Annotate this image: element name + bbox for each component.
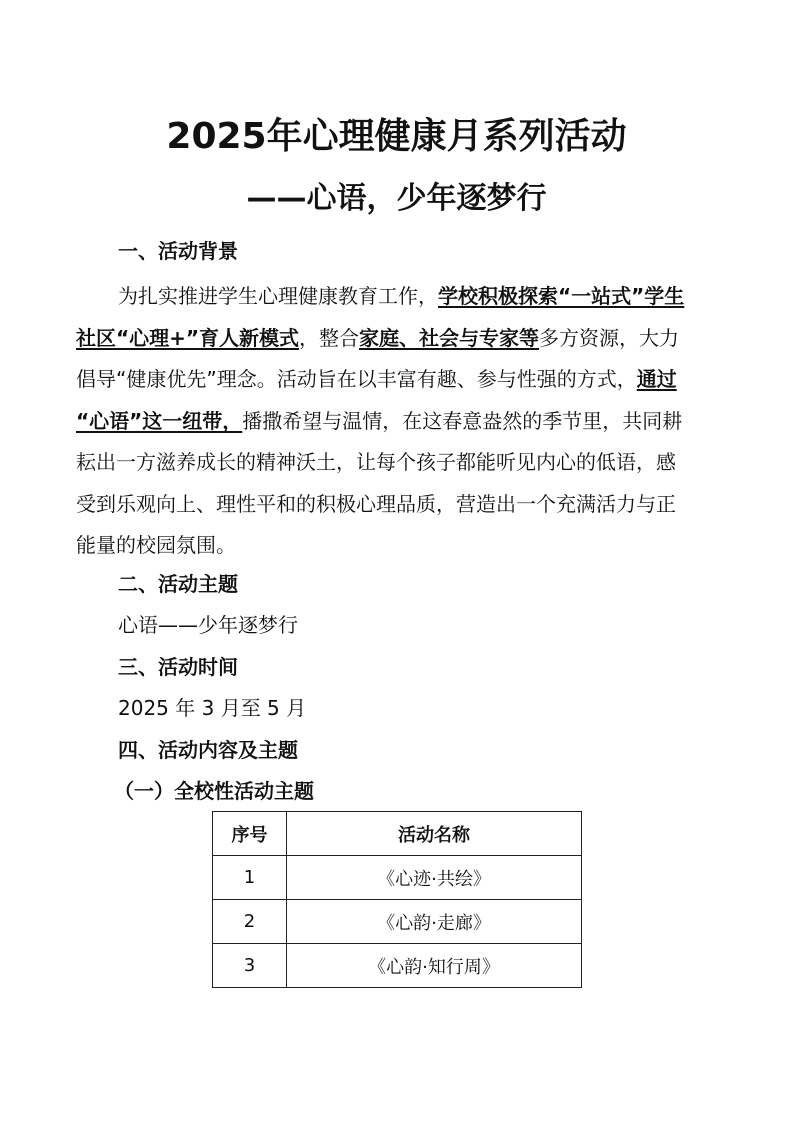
emphasis-text-run: 通过 — [637, 367, 677, 391]
column-header-number: 序号 — [213, 812, 287, 856]
theme-content: 心语——少年逐梦行 — [118, 610, 298, 640]
text-run: 能量的校园氛围。 — [76, 533, 236, 557]
document-page: 2025年心理健康月系列活动 ——心语，少年逐梦行 一、活动背景 为扎实推进学生… — [0, 0, 793, 1122]
section-heading-theme: 二、活动主题 — [118, 569, 238, 599]
table-row: 3 《心韵·知行周》 — [213, 944, 582, 988]
text-run: 为扎实推进学生心理健康教育工作， — [118, 284, 438, 308]
column-header-activity-name: 活动名称 — [287, 812, 582, 856]
document-subtitle: ——心语，少年逐梦行 — [0, 176, 793, 222]
emphasis-text-run: 社区“心理+”育人新模式 — [76, 326, 299, 350]
subsection-heading-schoolwide: （一）全校性活动主题 — [114, 776, 314, 806]
section-heading-time: 三、活动时间 — [118, 652, 238, 682]
cell-activity-name: 《心迹·共绘》 — [287, 856, 582, 900]
document-title: 2025年心理健康月系列活动 — [0, 112, 793, 162]
table-row: 1 《心迹·共绘》 — [213, 856, 582, 900]
emphasis-text-run: 家庭、社会与专家等 — [359, 326, 539, 350]
paragraph-line: 能量的校园氛围。 — [76, 525, 718, 567]
emphasis-text-run: “心语”这一纽带， — [76, 409, 242, 433]
cell-activity-name: 《心韵·知行周》 — [287, 944, 582, 988]
section-heading-content: 四、活动内容及主题 — [118, 735, 298, 765]
cell-activity-name: 《心韵·走廊》 — [287, 900, 582, 944]
text-run: ，整合 — [299, 326, 359, 350]
text-run: 受到乐观向上、理性平和的积极心理品质，营造出一个充满活力与正 — [76, 492, 676, 516]
text-run: 多方资源，大力 — [539, 326, 679, 350]
activities-table: 序号 活动名称 1 《心迹·共绘》 2 《心韵·走廊》 3 《心韵·知行周》 — [212, 811, 582, 988]
cell-number: 3 — [213, 944, 287, 988]
cell-number: 1 — [213, 856, 287, 900]
paragraph-line: 倡导“健康优先”理念。活动旨在以丰富有趣、参与性强的方式，通过 — [76, 359, 718, 401]
paragraph-line: 受到乐观向上、理性平和的积极心理品质，营造出一个充满活力与正 — [76, 484, 718, 526]
text-run: 播撒希望与温情，在这春意盎然的季节里，共同耕 — [242, 409, 682, 433]
paragraph-line: 耘出一方滋养成长的精神沃土，让每个孩子都能听见内心的低语，感 — [76, 442, 718, 484]
time-content: 2025 年 3 月至 5 月 — [118, 693, 306, 723]
table-row: 2 《心韵·走廊》 — [213, 900, 582, 944]
section-heading-background: 一、活动背景 — [118, 236, 238, 266]
emphasis-text-run: 学校积极探索“一站式”学生 — [438, 284, 684, 308]
background-paragraph: 为扎实推进学生心理健康教育工作，学校积极探索“一站式”学生 社区“心理+”育人新… — [76, 276, 718, 567]
paragraph-line: “心语”这一纽带，播撒希望与温情，在这春意盎然的季节里，共同耕 — [76, 401, 718, 443]
paragraph-line: 为扎实推进学生心理健康教育工作，学校积极探索“一站式”学生 — [76, 276, 718, 318]
table-header-row: 序号 活动名称 — [213, 812, 582, 856]
text-run: 倡导“健康优先”理念。活动旨在以丰富有趣、参与性强的方式， — [76, 367, 637, 391]
cell-number: 2 — [213, 900, 287, 944]
paragraph-line: 社区“心理+”育人新模式，整合家庭、社会与专家等多方资源，大力 — [76, 318, 718, 360]
text-run: 耘出一方滋养成长的精神沃土，让每个孩子都能听见内心的低语，感 — [76, 450, 676, 474]
